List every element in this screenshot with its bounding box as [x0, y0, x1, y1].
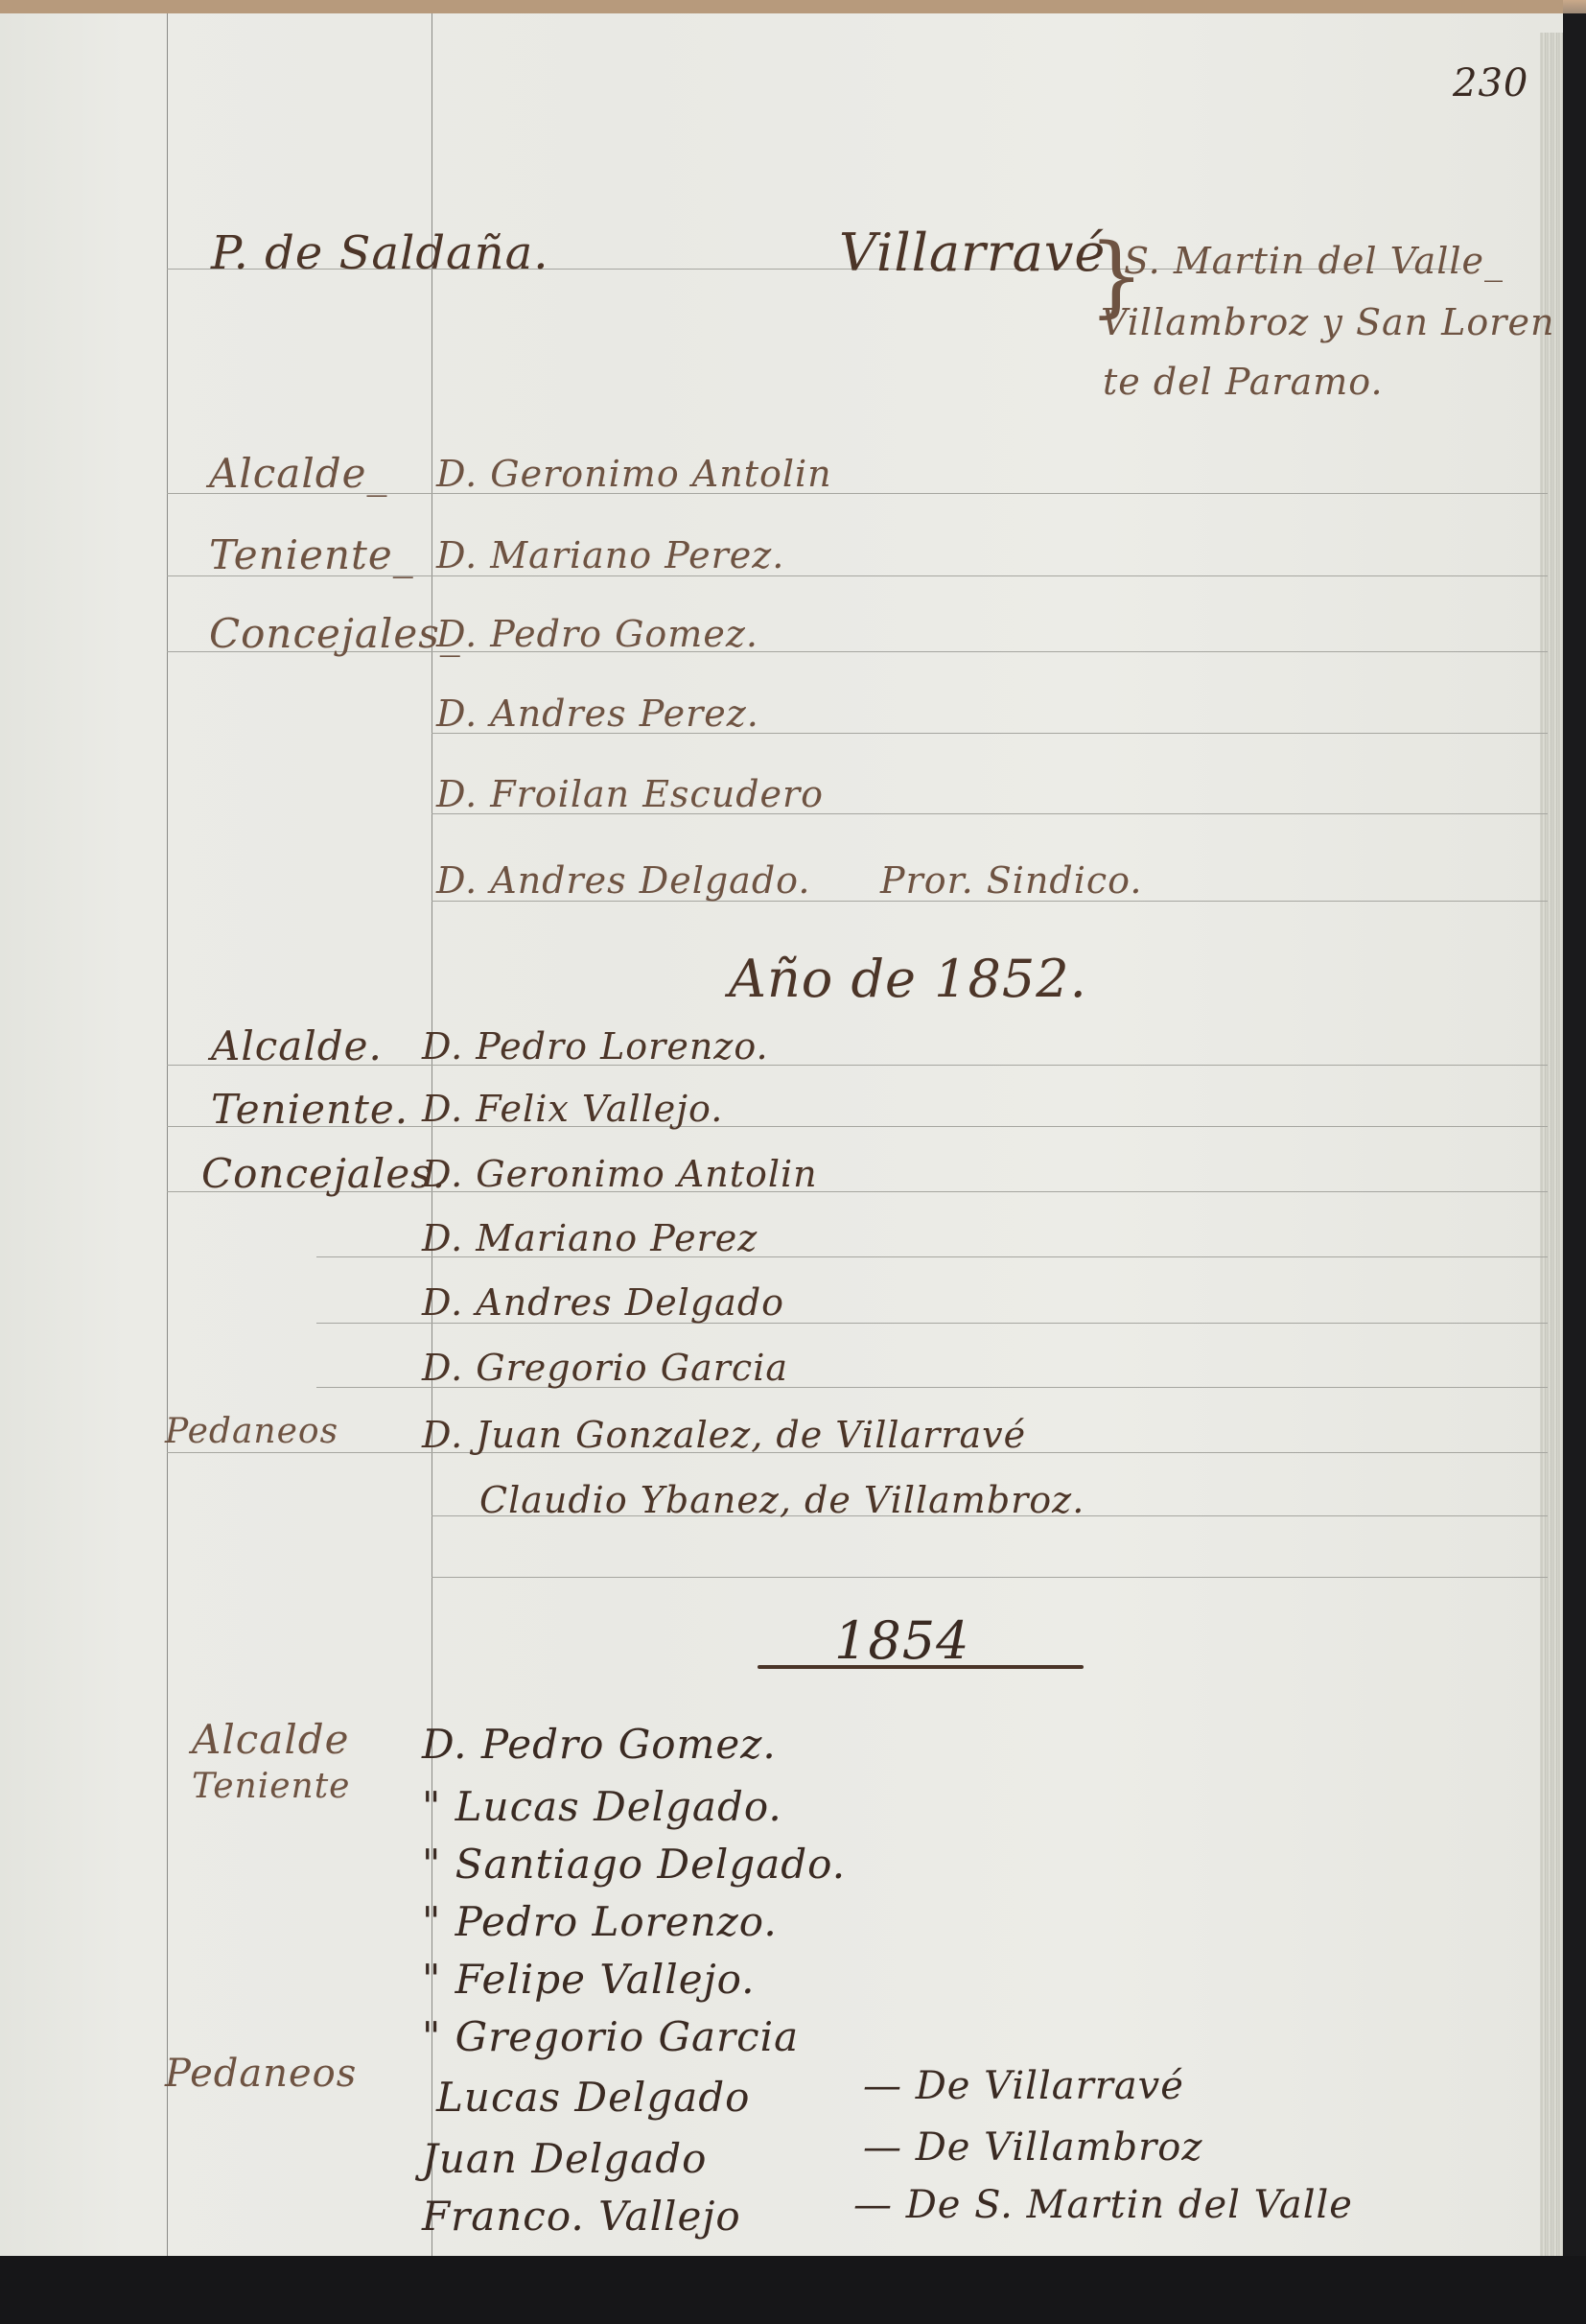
annex-line-1: S. Martin del Valle_	[1124, 240, 1504, 282]
official-name: D. Froilan Escudero	[436, 773, 824, 815]
official-note: Pror. Sindico.	[880, 859, 1142, 902]
official-name: D. Felix Vallejo.	[422, 1088, 723, 1130]
page-stack-edge	[1540, 33, 1563, 2277]
year-heading: Año de 1852.	[729, 949, 1087, 1009]
role-label: Alcalde.	[211, 1022, 383, 1069]
role-label: Pedaneos	[165, 1412, 338, 1451]
role-label: Concejales_	[209, 610, 461, 657]
pedaneo-place: — De Villambroz	[863, 2125, 1202, 2170]
official-name: D. Mariano Perez.	[436, 534, 784, 576]
role-label: Teniente_	[209, 531, 414, 578]
official-name: D. Geronimo Antolin	[422, 1153, 818, 1195]
official-name: D. Pedro Lorenzo.	[422, 1025, 769, 1068]
official-name: D. Mariano Perez	[422, 1217, 758, 1259]
ruled-line	[431, 1577, 1548, 1578]
role-label: Alcalde_	[209, 450, 388, 497]
district-heading: P. de Saldaña.	[211, 226, 548, 280]
pedaneo-place: — De Villarravé	[863, 2064, 1184, 2108]
official-name: " Gregorio Garcia	[422, 2013, 799, 2060]
left-margin-rule	[167, 13, 168, 2269]
official-name: D. Juan Gonzalez, de Villarravé	[422, 1414, 1026, 1456]
role-label: Teniente.	[211, 1086, 408, 1133]
official-name: D. Andres Delgado	[422, 1281, 784, 1324]
role-label: Alcalde	[192, 1716, 350, 1763]
ledger-page: 230 P. de Saldaña. Villarravé } S. Marti…	[0, 0, 1563, 2256]
pedaneo-name: Lucas Delgado	[436, 2074, 750, 2121]
official-name: D. Pedro Gomez.	[422, 1721, 777, 1768]
annex-line-3: te del Paramo.	[1103, 361, 1384, 403]
pedaneo-place: — De S. Martin del Valle	[853, 2183, 1353, 2227]
role-label: Concejales.	[201, 1150, 446, 1197]
municipality-heading: Villarravé	[839, 223, 1106, 283]
official-name: D. Andres Delgado.	[436, 859, 810, 902]
role-label: Pedaneos	[165, 2052, 357, 2096]
official-name: D. Gregorio Garcia	[422, 1347, 788, 1389]
official-name: D. Pedro Gomez.	[436, 613, 758, 655]
official-name: " Lucas Delgado.	[422, 1783, 782, 1830]
book-shadow	[0, 2256, 1586, 2324]
pedaneo-name: Franco. Vallejo	[422, 2193, 741, 2240]
official-name: " Pedro Lorenzo.	[422, 1898, 778, 1945]
official-name: " Santiago Delgado.	[422, 1841, 846, 1888]
year-underline	[758, 1665, 1084, 1669]
official-name: Claudio Ybanez, de Villambroz.	[479, 1479, 1085, 1521]
official-name: D. Geronimo Antolin	[436, 453, 832, 495]
pedaneo-name: Juan Delgado	[422, 2135, 707, 2182]
role-label: Teniente	[192, 1767, 350, 1806]
official-name: D. Andres Perez.	[436, 693, 759, 735]
year-heading: 1854	[834, 1610, 969, 1671]
page-number: 230	[1453, 61, 1528, 106]
annex-line-2: Villambroz y San Loren	[1101, 301, 1554, 343]
official-name: " Felipe Vallejo.	[422, 1956, 755, 2003]
